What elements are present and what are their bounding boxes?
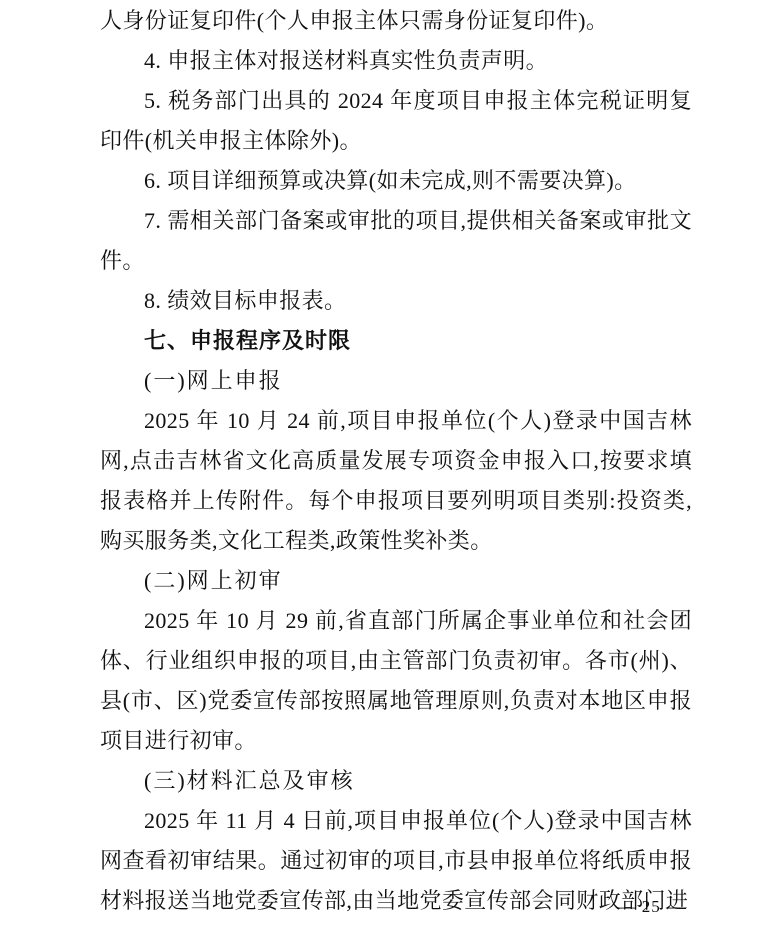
body-paragraph: 5. 税务部门出具的 2024 年度项目申报主体完税证明复印件(机关申报主体除外…: [100, 81, 692, 161]
subsection-heading: (一)网上申报: [100, 361, 692, 401]
body-paragraph: 4. 申报主体对报送材料真实性负责声明。: [100, 41, 692, 81]
body-paragraph: 8. 绩效目标申报表。: [100, 281, 692, 321]
document-page: 人身份证复印件(个人申报主体只需身份证复印件)。4. 申报主体对报送材料真实性负…: [0, 0, 784, 951]
section-heading: 七、申报程序及时限: [100, 321, 692, 361]
body-paragraph: 6. 项目详细预算或决算(如未完成,则不需要决算)。: [100, 161, 692, 201]
body-paragraph: 2025 年 11 月 4 日前,项目申报单位(个人)登录中国吉林网查看初审结果…: [100, 801, 692, 921]
body-paragraph: 人身份证复印件(个人申报主体只需身份证复印件)。: [100, 1, 692, 41]
page-number: — 25 —: [619, 898, 685, 915]
subsection-heading: (二)网上初审: [100, 561, 692, 601]
subsection-heading: (三)材料汇总及审核: [100, 761, 692, 801]
body-paragraph: 7. 需相关部门备案或审批的项目,提供相关备案或审批文件。: [100, 201, 692, 281]
document-body: 人身份证复印件(个人申报主体只需身份证复印件)。4. 申报主体对报送材料真实性负…: [100, 1, 692, 921]
body-paragraph: 2025 年 10 月 29 前,省直部门所属企事业单位和社会团体、行业组织申报…: [100, 601, 692, 761]
body-paragraph: 2025 年 10 月 24 前,项目申报单位(个人)登录中国吉林网,点击吉林省…: [100, 401, 692, 561]
